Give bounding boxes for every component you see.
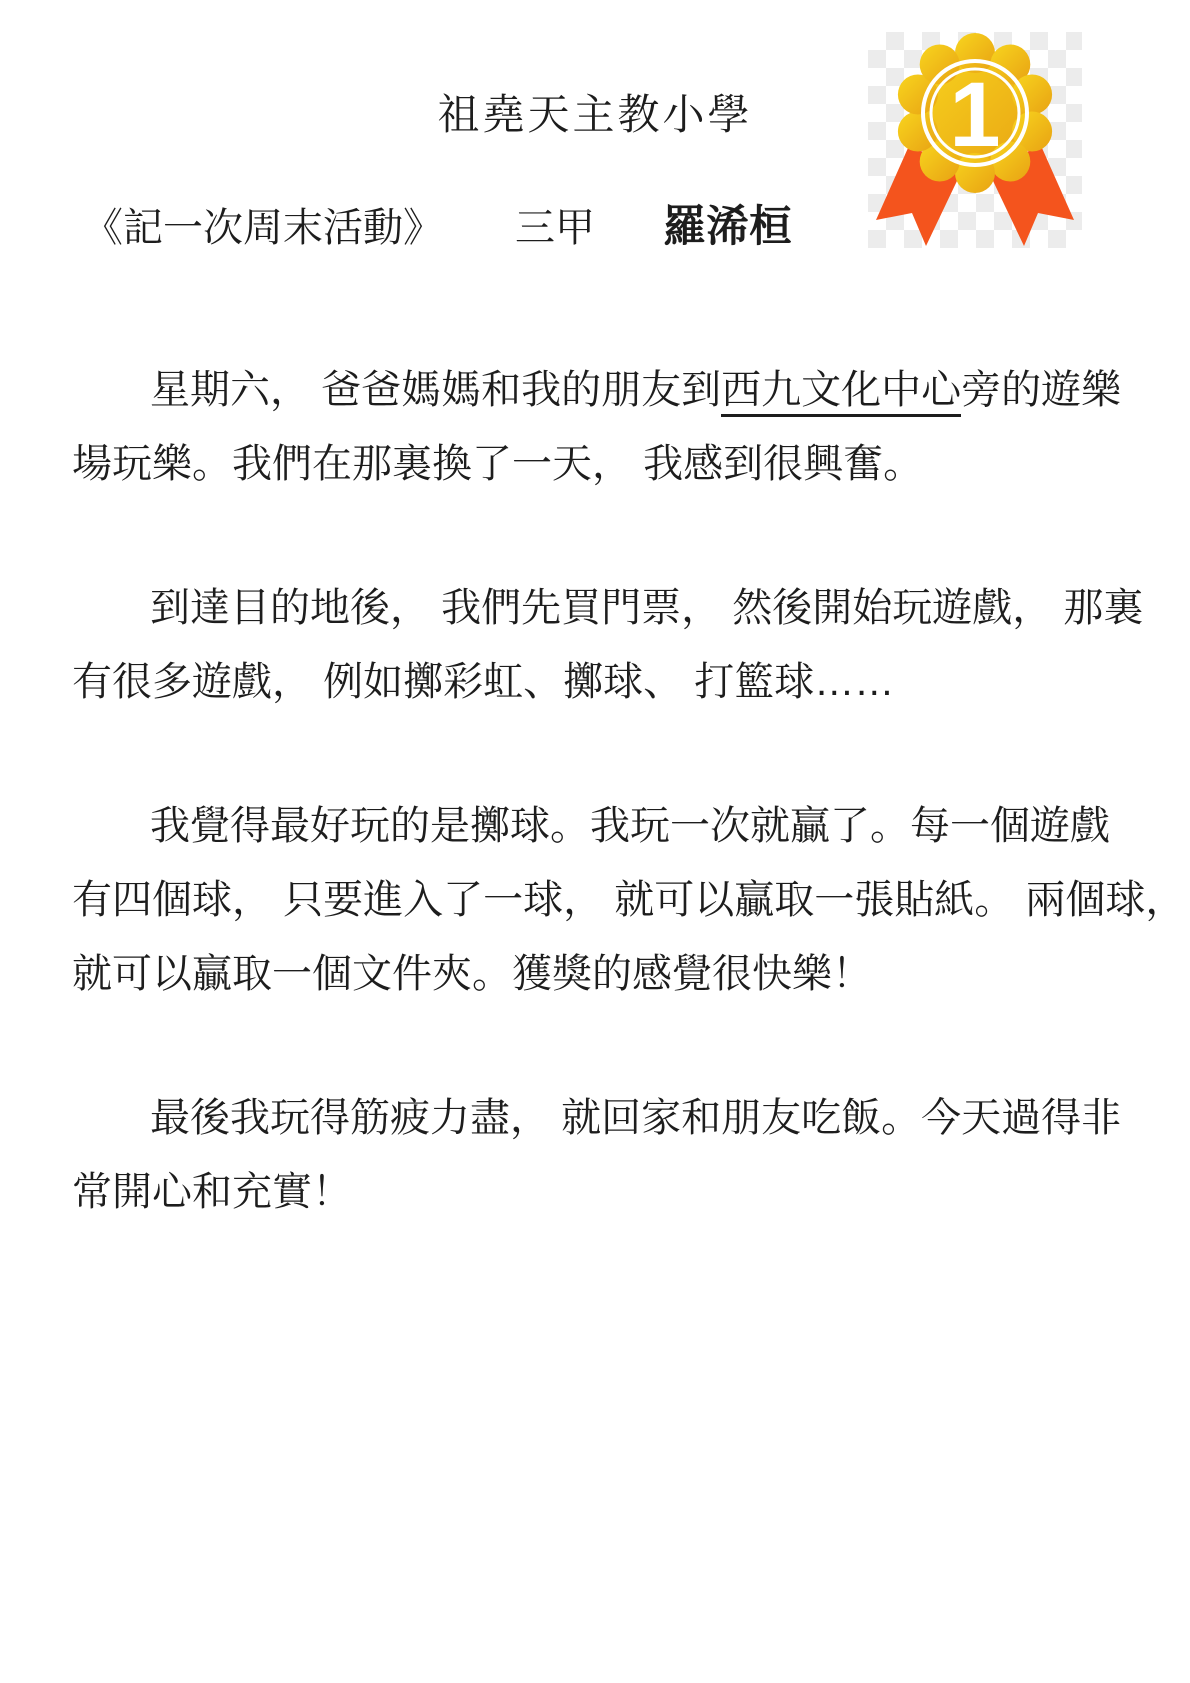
essay-line: 常開心和充實！: [72, 1155, 1190, 1229]
essay-line: 有四個球， 只要進入了一球， 就可以贏取一張貼紙。 兩個球，: [72, 863, 1190, 937]
text-segment: 最後我玩得筋疲力盡， 就回家和朋友吃飯。今天過得非: [150, 1096, 1121, 1140]
essay-paragraph: 星期六， 爸爸媽媽和我的朋友到西九文化中心旁的遊樂場玩樂。我們在那裏換了一天， …: [72, 353, 1190, 501]
essay-paragraph: 最後我玩得筋疲力盡， 就回家和朋友吃飯。今天過得非常開心和充實！: [72, 1081, 1190, 1229]
badge-rank-number: 1: [949, 64, 1000, 166]
text-segment: 場玩樂。我們在那裏換了一天， 我感到很興奮。: [72, 442, 923, 486]
document-page: 1 祖堯天主教小學 《記一次周末活動》 三甲 羅浠桓 星期六， 爸爸媽媽和我的朋…: [0, 0, 1190, 1683]
underlined-place-name: 西九文化中心: [721, 368, 961, 417]
text-segment: 有很多遊戲， 例如擲彩虹、擲球、 打籃球……: [72, 660, 894, 704]
essay-line: 場玩樂。我們在那裏換了一天， 我感到很興奮。: [72, 427, 1190, 501]
text-segment: 就可以贏取一個文件夾。獲獎的感覺很快樂！: [72, 952, 872, 996]
text-segment: 旁的遊樂: [961, 368, 1121, 412]
essay-line: 最後我玩得筋疲力盡， 就回家和朋友吃飯。今天過得非: [72, 1081, 1190, 1155]
text-segment: 有四個球， 只要進入了一球， 就可以贏取一張貼紙。 兩個球，: [72, 878, 1185, 922]
essay-line: 有很多遊戲， 例如擲彩虹、擲球、 打籃球……: [72, 645, 1190, 719]
essay-line: 我覺得最好玩的是擲球。我玩一次就贏了。每一個遊戲: [72, 789, 1190, 863]
text-segment: 到達目的地後， 我們先買門票， 然後開始玩遊戲， 那裏: [150, 586, 1143, 630]
text-segment: 星期六， 爸爸媽媽和我的朋友到: [150, 368, 721, 412]
essay-line: 就可以贏取一個文件夾。獲獎的感覺很快樂！: [72, 937, 1190, 1011]
text-segment: 常開心和充實！: [72, 1170, 352, 1214]
essay-paragraph: 到達目的地後， 我們先買門票， 然後開始玩遊戲， 那裏有很多遊戲， 例如擲彩虹、…: [72, 571, 1190, 719]
essay-body: 星期六， 爸爸媽媽和我的朋友到西九文化中心旁的遊樂場玩樂。我們在那裏換了一天， …: [72, 353, 1190, 1229]
essay-line: 到達目的地後， 我們先買門票， 然後開始玩遊戲， 那裏: [72, 571, 1190, 645]
essay-paragraph: 我覺得最好玩的是擲球。我玩一次就贏了。每一個遊戲有四個球， 只要進入了一球， 就…: [72, 789, 1190, 1011]
first-place-badge: 1: [868, 32, 1082, 248]
essay-line: 星期六， 爸爸媽媽和我的朋友到西九文化中心旁的遊樂: [72, 353, 1190, 427]
class-name: 三甲: [515, 203, 595, 253]
first-place-medal-icon: 1: [868, 32, 1082, 248]
student-name: 羅浠桓: [663, 202, 792, 252]
essay-title: 《記一次周末活動》: [83, 203, 443, 253]
text-segment: 我覺得最好玩的是擲球。我玩一次就贏了。每一個遊戲: [150, 804, 1110, 848]
